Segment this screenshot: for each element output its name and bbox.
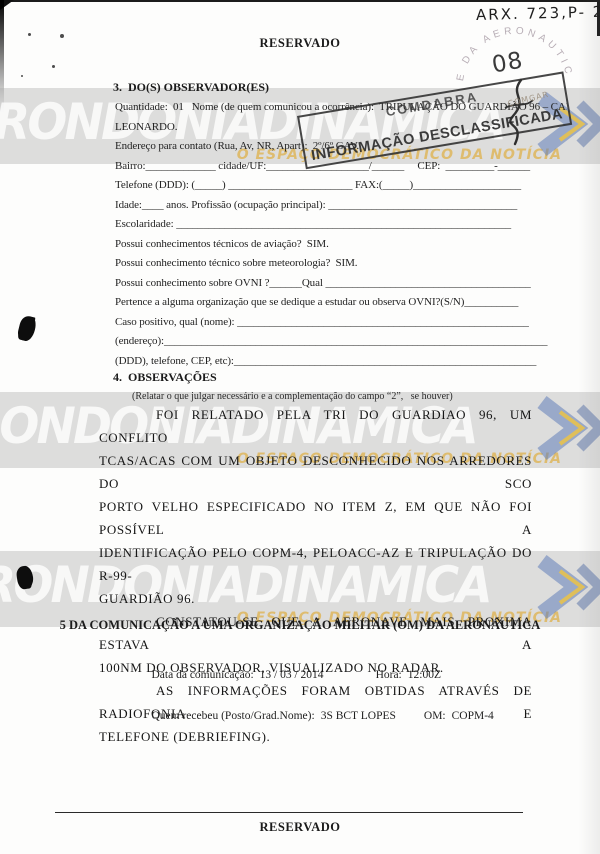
classification-footer: RESERVADO [0, 820, 600, 835]
receiver-value: 3S BCT LOPES [321, 710, 396, 722]
paragraph-line: CONSTATOU-SE QUE A AERONAVE MAIS PROXIMA… [99, 610, 532, 656]
time-value: 12:00Z [408, 669, 441, 681]
om-label: OM: [424, 710, 446, 722]
receiver-label: Quem recebeu (Posto/Grad.Nome): [152, 710, 315, 722]
date-label: Data da comunicação: [152, 669, 254, 681]
handwritten-number: 08 [490, 47, 525, 78]
form-line: Caso positivo, qual (nome): ____________… [115, 316, 567, 336]
paragraph-line: IDENTIFICAÇÃO PELO COPM-4, PELOACC-AZ E … [99, 541, 532, 587]
date-value: 13 / 03 / 2014 [260, 669, 324, 681]
communication-date-row: Data da comunicação:13 / 03 / 2014Hora:1… [140, 657, 441, 693]
form-line: Possui conhecimento técnico sobre meteor… [115, 257, 567, 277]
paragraph-line: FOI RELATADO PELA TRI DO GUARDIAO 96, UM… [99, 403, 532, 449]
observations-text: FOI RELATADO PELA TRI DO GUARDIAO 96, UM… [99, 403, 532, 748]
paragraph-line: TCAS/ACAS COM UM OBJETO DESCONHECIDO NOS… [99, 449, 532, 495]
form-line: Possui conhecimentos técnicos de aviação… [115, 238, 567, 258]
section4-heading: 4. OBSERVAÇÕES [113, 370, 217, 385]
om-value: COPM-4 [452, 710, 494, 722]
section4-note: (Relatar o que julgar necessário e a com… [132, 391, 453, 402]
section3-heading: 3. DO(S) OBSERVADOR(ES) [113, 80, 269, 95]
footer-rule [55, 812, 523, 813]
form-line: (endereço):_____________________________… [115, 335, 567, 355]
form-line: Possui conhecimento sobre OVNI ?______Qu… [115, 277, 567, 297]
communication-receiver-row: Quem recebeu (Posto/Grad.Nome):3S BCT LO… [140, 698, 494, 734]
paragraph-line: GUARDIÃO 96. [99, 587, 532, 610]
form-line: Escolaridade: __________________________… [115, 218, 567, 238]
form-line: Pertence a alguma organização que se ded… [115, 296, 567, 316]
paragraph-line: PORTO VELHO ESPECIFICADO NO ITEM Z, EM Q… [99, 495, 532, 541]
section5-heading: 5 DA COMUNICAÇÃO A UMA ORGANIZAÇÃO MILIT… [0, 618, 600, 633]
form-line: Telefone (DDD): (_____) ________________… [115, 179, 567, 199]
time-label: Hora: [376, 669, 402, 681]
form-line: Idade:____ anos. Profissão (ocupação pri… [115, 199, 567, 219]
